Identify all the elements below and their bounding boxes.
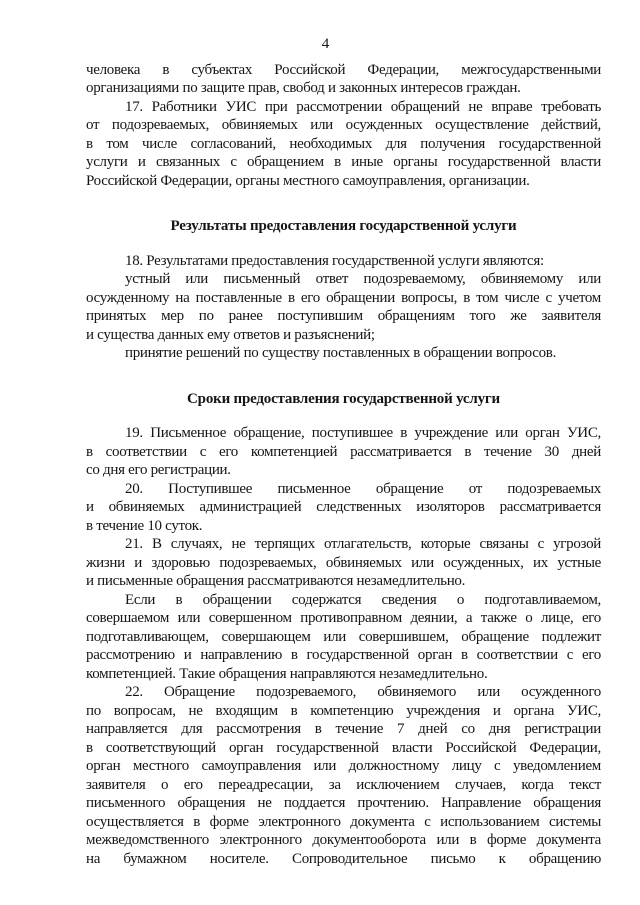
text-line: рассмотрению и направлению в государстве… [86, 646, 601, 665]
section-heading: Сроки предоставления государственной усл… [86, 390, 601, 409]
text-line: 18. Результатами предоставления государс… [86, 252, 601, 271]
text-line: устный или письменный ответ подозреваемо… [86, 270, 601, 289]
text-line: по вопросам, не входящим в компетенцию у… [86, 702, 601, 721]
text-line: 17. Работники УИС при рассмотрении обращ… [86, 98, 601, 117]
text-line: орган местного самоуправления или должно… [86, 757, 601, 776]
paragraph: человека в субъектах Российской Федераци… [86, 61, 601, 98]
text-line: в течение 10 суток. [86, 517, 601, 536]
paragraph: 17. Работники УИС при рассмотрении обращ… [86, 98, 601, 191]
text-line: осужденному на поставленные в его обраще… [86, 289, 601, 308]
text-line: от подозреваемых, обвиняемых или осужден… [86, 116, 601, 135]
section-heading: Результаты предоставления государственно… [86, 217, 601, 236]
text-line: заявителя о его переадресации, за исключ… [86, 776, 601, 795]
paragraph: 20. Поступившее письменное обращение от … [86, 480, 601, 536]
document-body: человека в субъектах Российской Федераци… [86, 61, 601, 869]
text-line: человека в субъектах Российской Федераци… [86, 61, 601, 80]
paragraph: 18. Результатами предоставления государс… [86, 252, 601, 271]
text-line: и обвиняемых администрацией следственных… [86, 498, 601, 517]
paragraph: 22. Обращение подозреваемого, обвиняемог… [86, 683, 601, 868]
text-line: Российской Федерации, органы местного са… [86, 172, 601, 191]
text-line: жизни и здоровью подозреваемых, обвиняем… [86, 554, 601, 573]
page-number: 4 [68, 35, 583, 54]
text-line: в том числе согласований, необходимых дл… [86, 135, 601, 154]
paragraph: Если в обращении содержатся сведения о п… [86, 591, 601, 684]
text-line: межведомственного электронного документо… [86, 831, 601, 850]
text-line: совершаемом или совершенном противоправн… [86, 609, 601, 628]
text-line: направляется для рассмотрения в течение … [86, 720, 601, 739]
paragraph: принятие решений по существу поставленны… [86, 344, 601, 363]
text-line: принятых мер по ранее поступившим обраще… [86, 307, 601, 326]
text-line: Если в обращении содержатся сведения о п… [86, 591, 601, 610]
text-line: услуги и связанных с обращением в иные о… [86, 153, 601, 172]
text-line: 22. Обращение подозреваемого, обвиняемог… [86, 683, 601, 702]
text-line: и письменные обращения рассматриваются н… [86, 572, 601, 591]
paragraph: 21. В случаях, не терпящих отлагательств… [86, 535, 601, 591]
text-line: в соответствии с его компетенцией рассма… [86, 443, 601, 462]
text-line: 19. Письменное обращение, поступившее в … [86, 424, 601, 443]
document-page: 4 человека в субъектах Российской Федера… [0, 0, 640, 905]
text-line: 21. В случаях, не терпящих отлагательств… [86, 535, 601, 554]
text-line: организациями по защите прав, свобод и з… [86, 79, 601, 98]
text-line: компетенцией. Такие обращения направляют… [86, 665, 601, 684]
text-line: в соответствующий орган государственной … [86, 739, 601, 758]
text-line: принятие решений по существу поставленны… [86, 344, 601, 363]
text-line: 20. Поступившее письменное обращение от … [86, 480, 601, 499]
text-line: со дня его регистрации. [86, 461, 601, 480]
text-line: подготавливающем, совершающем или соверш… [86, 628, 601, 647]
text-line: письменного обращения не поддается прочт… [86, 794, 601, 813]
text-line: на бумажном носителе. Сопроводительное п… [86, 850, 601, 869]
text-line: осуществляется в форме электронного доку… [86, 813, 601, 832]
text-line: и существа данных ему ответов и разъясне… [86, 326, 601, 345]
paragraph: 19. Письменное обращение, поступившее в … [86, 424, 601, 480]
paragraph: устный или письменный ответ подозреваемо… [86, 270, 601, 344]
